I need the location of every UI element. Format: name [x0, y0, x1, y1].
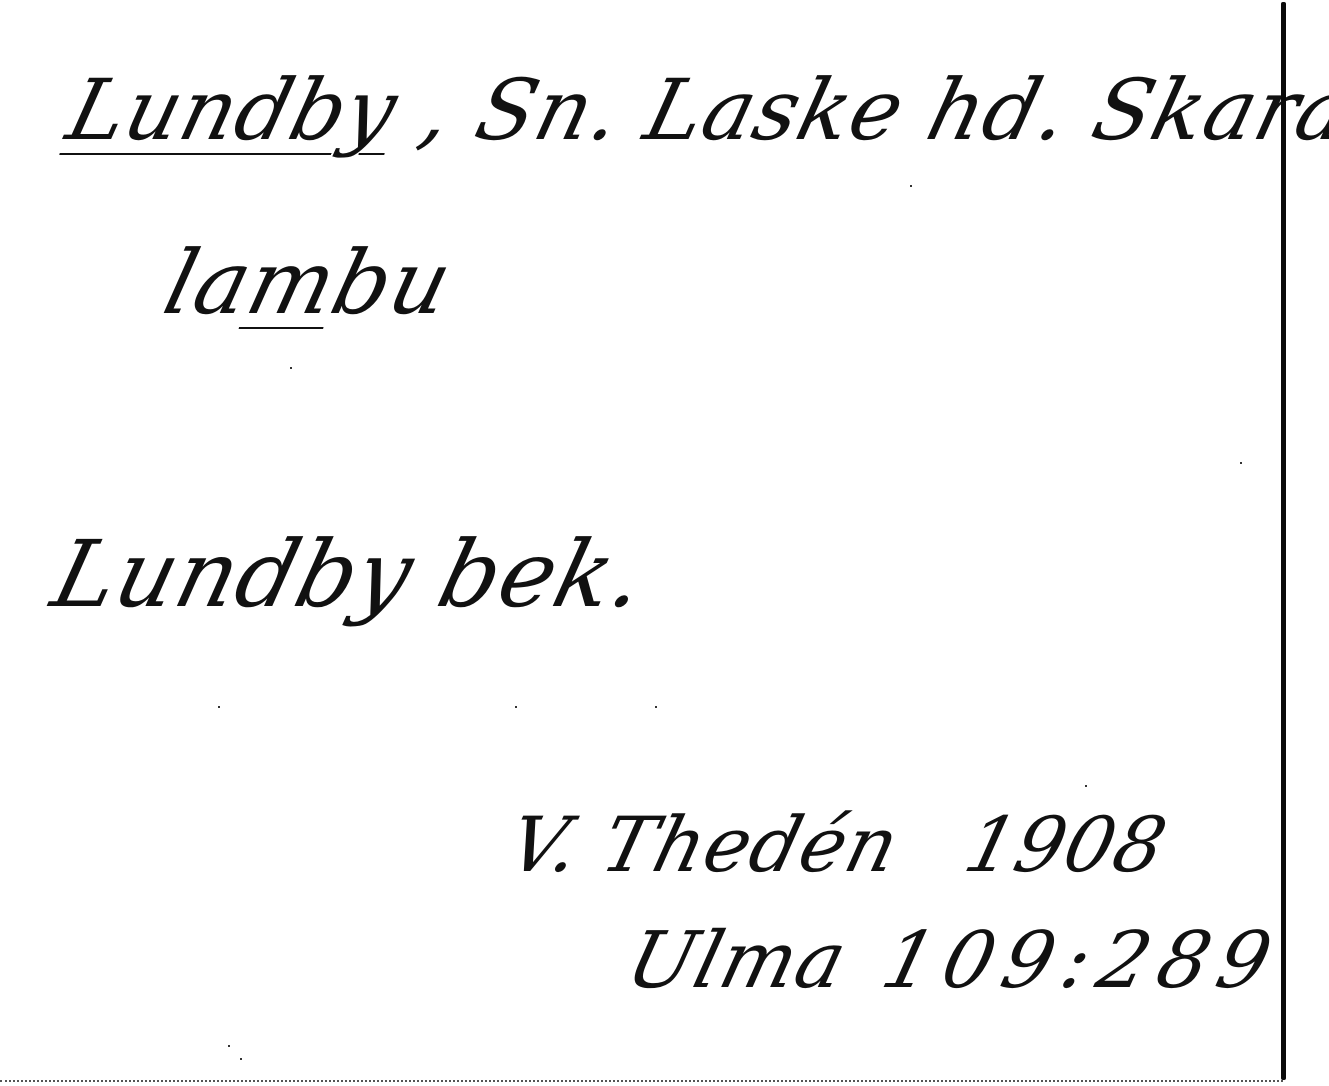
scan-speck	[655, 706, 657, 708]
archive-name: Ulma	[618, 916, 856, 1006]
dialect-form: lambu	[155, 233, 462, 333]
card-bottom-edge	[0, 1080, 1283, 1082]
collector-name: V. Thedén	[500, 800, 908, 889]
record-card: Lundby, Sn. Laske hd. Skarab. l. lambu L…	[0, 0, 1329, 1086]
dialect-form-end: bu	[322, 231, 463, 334]
scan-speck	[290, 367, 292, 369]
card-right-edge	[1281, 2, 1286, 1080]
scan-speck	[240, 1058, 242, 1060]
scan-speck	[1085, 785, 1087, 787]
archive-number: 109:289	[873, 916, 1289, 1006]
collector-line: V. Thedén1908	[500, 800, 1176, 890]
place-name: Lundby	[58, 61, 407, 159]
scan-speck	[515, 706, 517, 708]
scan-speck	[1240, 462, 1242, 464]
header-line: Lundby, Sn. Laske hd. Skarab. l.	[58, 60, 1329, 160]
scan-speck	[910, 185, 912, 187]
location-details: , Sn. Laske hd. Skarab. l.	[411, 61, 1329, 159]
archive-reference: Ulma109:289	[618, 915, 1290, 1007]
collection-year: 1908	[956, 800, 1176, 889]
scan-speck	[218, 706, 220, 708]
compound-form: Lundby bek.	[42, 520, 657, 630]
scan-speck	[228, 1045, 230, 1047]
